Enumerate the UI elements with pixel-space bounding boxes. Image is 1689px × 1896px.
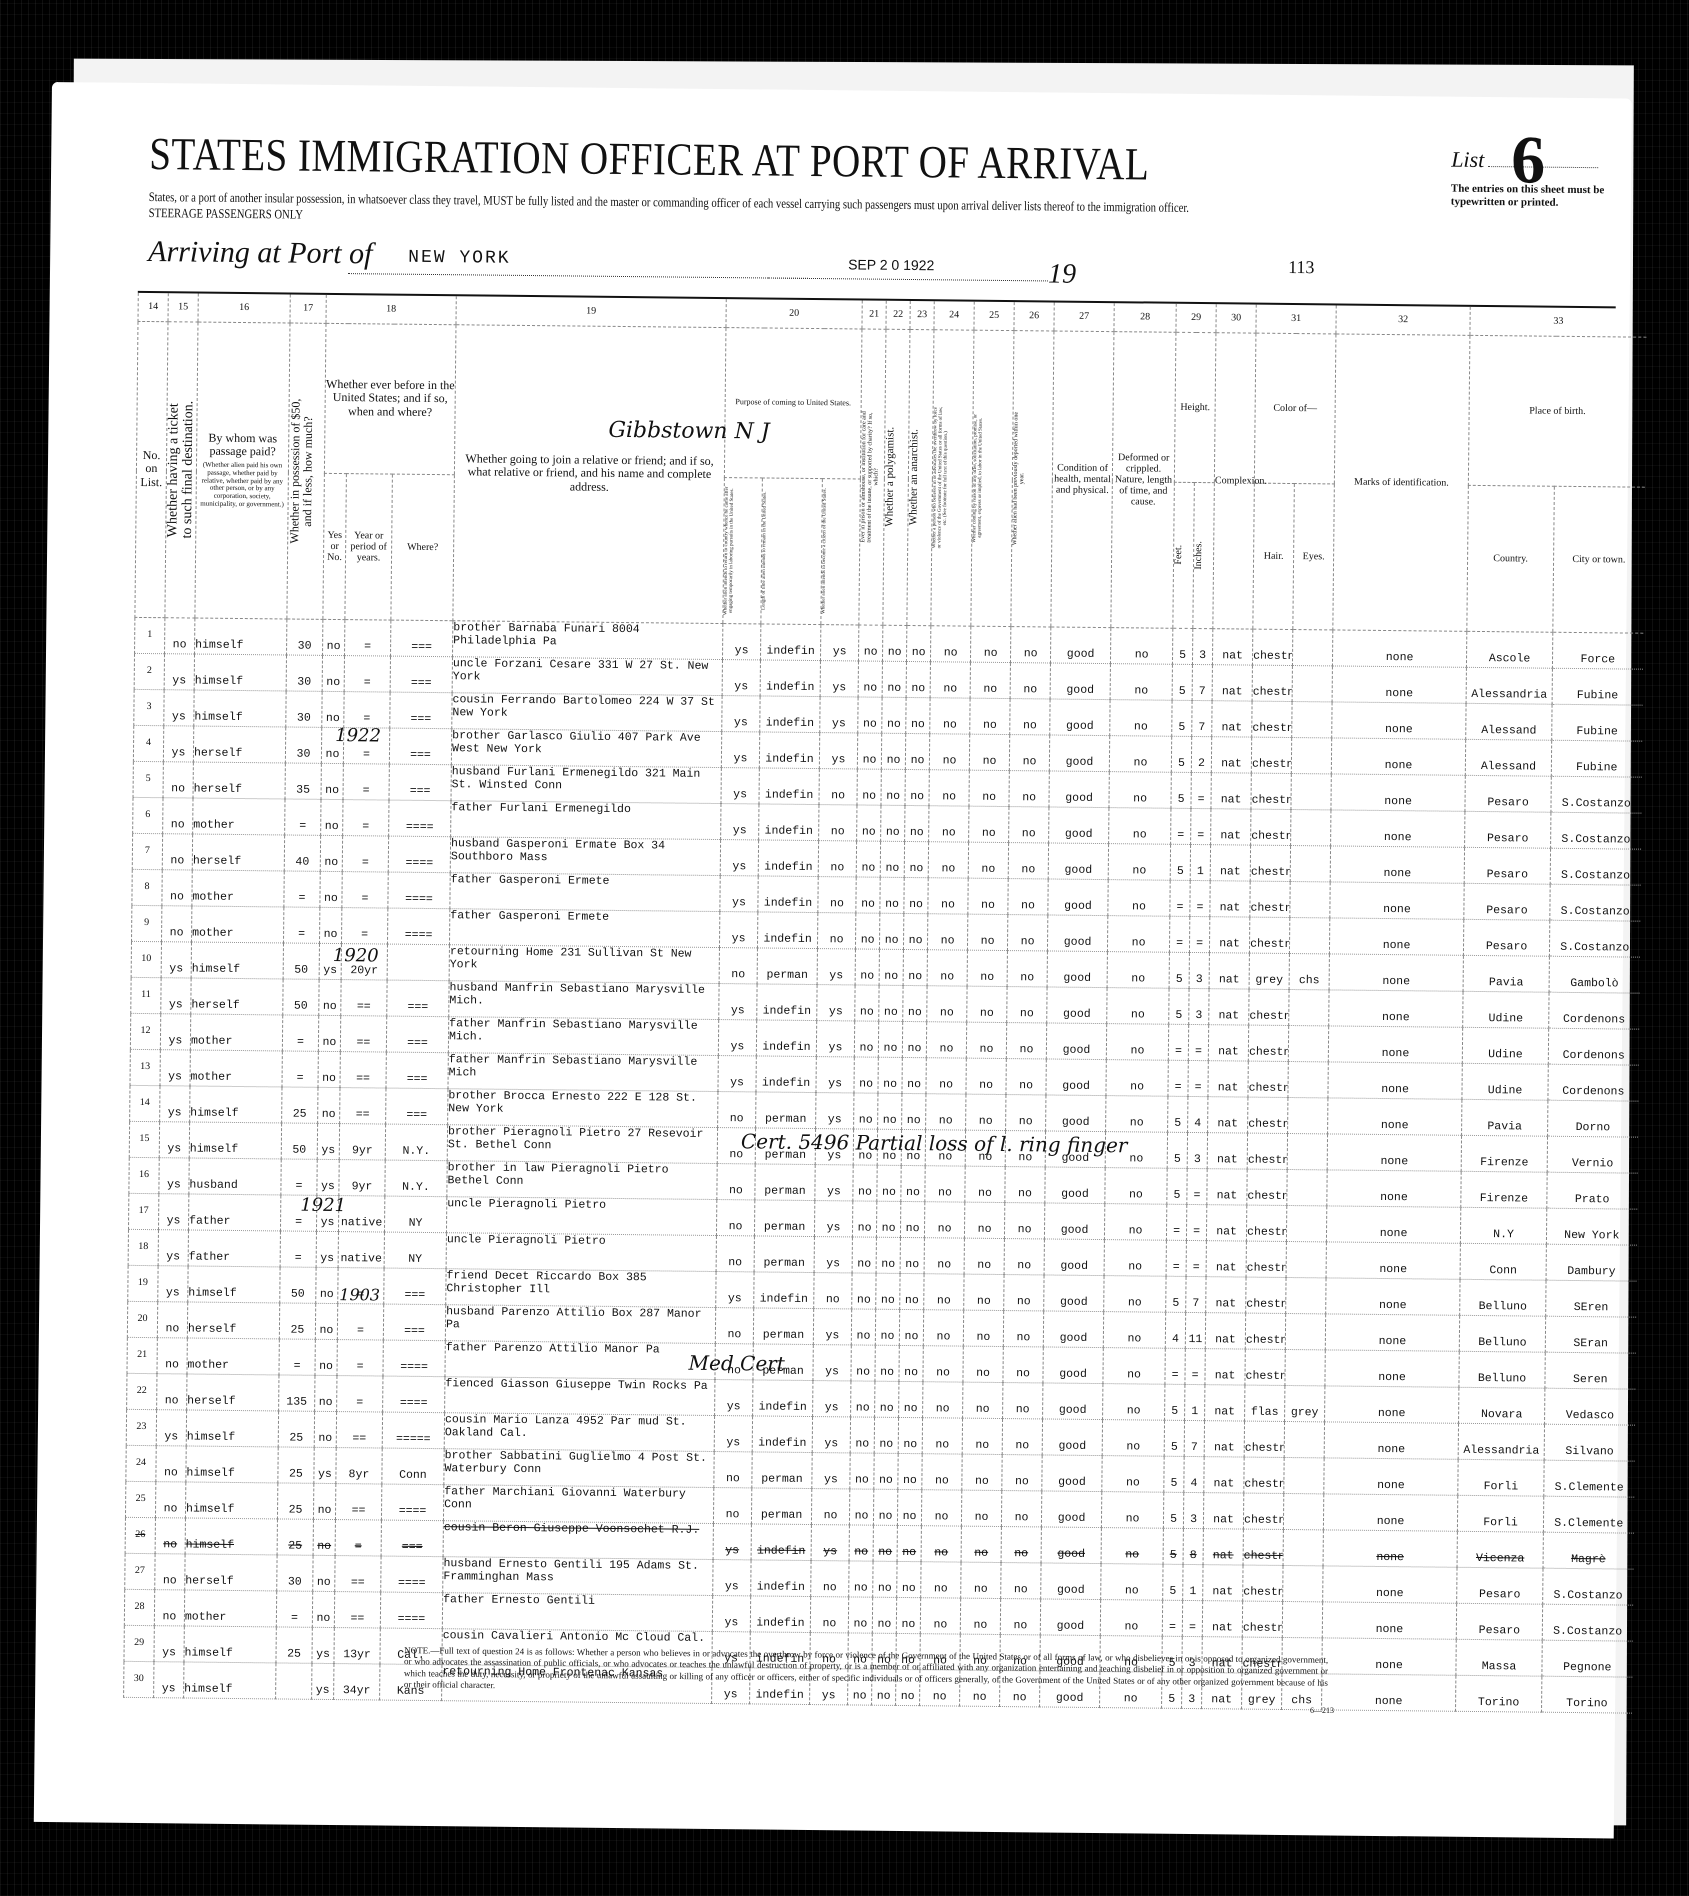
cell-money: 50 (281, 1122, 317, 1158)
cell-health: good (1043, 1310, 1103, 1347)
cell-prison: no (852, 1236, 876, 1272)
cell-marks: none (1328, 1097, 1462, 1134)
col-number: 22 (886, 301, 910, 329)
header-length-stay: Length of time alien intends to remain i… (761, 477, 823, 624)
cell-citizen: no (819, 768, 857, 804)
cell-return: ys (721, 767, 759, 803)
cell-city: S.Costanzo (1549, 920, 1639, 957)
cell-c25: no (968, 878, 1008, 914)
cell-before: ys (316, 1231, 338, 1267)
cell-health: good (1048, 878, 1108, 915)
cell-citizen: ys (815, 1164, 853, 1200)
cell-inches: 2 (1191, 736, 1211, 772)
cell-eyes (1285, 1349, 1325, 1385)
cell-feet: = (1165, 1348, 1185, 1384)
cell-citizen: ys (821, 624, 859, 660)
cell-paid: himself (185, 1517, 277, 1554)
cell-health: good (1050, 698, 1110, 735)
cell-before: no (321, 727, 343, 763)
cell-country: Pesaro (1463, 919, 1549, 956)
cell-inches: 1 (1183, 1564, 1203, 1600)
cell-paid: himself (185, 1481, 277, 1518)
cell-prison: no (851, 1308, 875, 1344)
cell-length: indefin (758, 911, 818, 948)
cell-eyes (1289, 989, 1329, 1025)
cell-prison: no (849, 1560, 873, 1596)
cell-c26: no (1005, 1166, 1045, 1202)
cell-paid: himself (184, 1661, 276, 1698)
cell-deformed: no (1101, 1563, 1163, 1600)
cell-poly: no (878, 1057, 902, 1093)
col-number: 20 (726, 299, 862, 328)
cell-c24: no (924, 1273, 964, 1309)
cell-inches: = (1190, 916, 1210, 952)
cell-health: good (1049, 770, 1109, 807)
cell-deformed: no (1109, 735, 1171, 772)
col-number: 17 (290, 295, 326, 323)
cell-return: no (715, 1343, 753, 1379)
cell-paid: mother (190, 1014, 282, 1051)
cell-feet: 5 (1171, 772, 1191, 808)
form-code: 6—213 (1310, 1706, 1334, 1715)
cell-c25: no (966, 1022, 1006, 1058)
cell-no: 28 (124, 1589, 154, 1625)
cell-paid: himself (191, 942, 283, 979)
cell-paid: himself (194, 654, 286, 691)
cell-c26: no (1008, 914, 1048, 950)
cell-c26: no (1001, 1562, 1041, 1598)
cell-city: S.Costanzo (1543, 1568, 1633, 1605)
cell-before: no (321, 763, 343, 799)
cell-join: father Manfrin Sebastiano Marysville Mic… (448, 1016, 718, 1055)
cell-ticket: ys (156, 1409, 186, 1445)
cell-join: fienced Giasson Giuseppe Twin Rocks Pa (445, 1376, 715, 1415)
cell-ticket: no (165, 617, 195, 653)
cell-poly: no (881, 769, 905, 805)
cell-poly: no (877, 1129, 901, 1165)
cell-no: 21 (127, 1337, 157, 1373)
cell-anarch: no (902, 1021, 926, 1057)
col-number: 23 (910, 301, 934, 329)
cell-hair: chestn (1243, 1565, 1283, 1601)
cell-no: 18 (128, 1229, 158, 1265)
cell-eyes (1290, 917, 1330, 953)
cell-complexion: nat (1206, 1276, 1246, 1312)
cell-c25: no (967, 950, 1007, 986)
cell-city: Dorno (1548, 1100, 1638, 1137)
cell-return: ys (720, 839, 758, 875)
cell-anarch: no (906, 697, 930, 733)
cell-ticket: ys (158, 1229, 188, 1265)
cell-paid: himself (188, 1265, 280, 1302)
cell-ticket: ys (160, 1049, 190, 1085)
cell-feet: 5 (1169, 988, 1189, 1024)
cell-ticket: ys (163, 725, 193, 761)
cell-complexion: nat (1203, 1528, 1243, 1564)
cell-city: S.Costanzo (1551, 812, 1641, 849)
cell-length: indefin (750, 1595, 810, 1632)
cell-citizen: ys (819, 732, 857, 768)
cell-inches: = (1187, 1168, 1207, 1204)
cell-hair: chestn (1248, 1061, 1288, 1097)
cell-return: ys (718, 1055, 756, 1091)
header-prison: Ever in prison or almshouse, or institut… (859, 328, 886, 624)
cell-prison: no (854, 1020, 878, 1056)
cell-marks: none (1326, 1241, 1460, 1278)
cell-city: Cordenons (1548, 1028, 1638, 1065)
cell-prison: no (854, 1092, 878, 1128)
cell-eyes (1288, 1025, 1328, 1061)
cell-c25: no (970, 662, 1010, 698)
cell-money: = (282, 1050, 318, 1086)
cell-period: = (344, 655, 390, 691)
cell-hair: chestn (1252, 665, 1292, 701)
cell-poly: no (876, 1273, 900, 1309)
cell-marks: none (1330, 917, 1464, 954)
cell-city: S.Costanzo (1550, 884, 1640, 921)
header-polygamist: Whether a polygamist. (883, 329, 910, 625)
cell-deformed: no (1111, 627, 1173, 664)
cell-c25: no (966, 1058, 1006, 1094)
header-q25: Whether coming by reason of any offer, s… (971, 330, 1014, 626)
cell-anarch: no (899, 1345, 923, 1381)
cell-country: Udine (1463, 991, 1549, 1028)
cell-before: ys (312, 1663, 334, 1699)
cell-no: 4 (133, 725, 163, 761)
cell-length: indefin (761, 623, 821, 660)
cell-no: 3 (134, 689, 164, 725)
cell-return: ys (723, 623, 761, 659)
cell-period: native (338, 1231, 384, 1267)
cell-period: = (338, 1267, 384, 1303)
cell-marks: none (1331, 809, 1465, 846)
cell-country: Ascole (1467, 631, 1553, 668)
cell-where: === (389, 764, 451, 801)
cell-length: indefin (760, 695, 820, 732)
cell-health: good (1047, 986, 1107, 1023)
cell-hair: chestn (1250, 845, 1290, 881)
cell-city: Dambury (1546, 1244, 1636, 1281)
header-before-in-us: Whether ever before in the United States… (324, 323, 456, 474)
cell-deformed: no (1106, 1059, 1168, 1096)
cell-prison: no (855, 948, 879, 984)
header-health: Condition of health, mental and physical… (1051, 331, 1114, 628)
cell-before: no (315, 1339, 337, 1375)
cell-country: Vicenza (1457, 1531, 1543, 1568)
cell-anarch: no (906, 661, 930, 697)
cell-prison: no (850, 1488, 874, 1524)
cell-feet: = (1168, 1024, 1188, 1060)
cell-c24: no (925, 1201, 965, 1237)
cell-money: 25 (278, 1410, 314, 1446)
cell-ticket: ys (159, 1121, 189, 1157)
cell-before: no (320, 871, 342, 907)
cell-marks: none (1328, 1061, 1462, 1098)
cell-city: Vedasco (1545, 1388, 1635, 1425)
cell-ticket: ys (161, 977, 191, 1013)
cell-city: SEren (1546, 1280, 1636, 1317)
cell-eyes (1286, 1205, 1326, 1241)
cell-money: = (281, 1158, 317, 1194)
cell-citizen: no (811, 1560, 849, 1596)
cell-city: New York (1546, 1208, 1636, 1245)
cell-before: ys (317, 1159, 339, 1195)
cell-eyes (1291, 737, 1331, 773)
cell-citizen: ys (816, 1092, 854, 1128)
cell-paid: himself (195, 618, 287, 655)
cell-anarch: no (907, 625, 931, 661)
cell-paid: himself (190, 1086, 282, 1123)
cell-country: Pesaro (1464, 847, 1550, 884)
cell-no: 1 (135, 617, 165, 653)
cell-poly: no (874, 1417, 898, 1453)
cell-where: === (390, 692, 452, 729)
cell-return: ys (714, 1415, 752, 1451)
cell-complexion: nat (1209, 988, 1249, 1024)
cell-poly: no (882, 661, 906, 697)
cell-country: Belluno (1460, 1279, 1546, 1316)
cell-health: good (1041, 1562, 1101, 1599)
cell-hair: chestn (1248, 1025, 1288, 1061)
cell-join: cousin Mario Lanza 4952 Par mud St. Oakl… (444, 1412, 714, 1451)
cell-inches: = (1191, 808, 1211, 844)
cell-paid: herself (185, 1553, 277, 1590)
cell-money: 30 (277, 1554, 313, 1590)
cell-period: == (336, 1411, 382, 1447)
cell-anarch: no (899, 1309, 923, 1345)
cell-no: 10 (131, 941, 161, 977)
cell-prison: no (856, 876, 880, 912)
header-yes-no: Yes or No. (323, 473, 347, 619)
cell-prison: no (853, 1200, 877, 1236)
cell-no: 17 (128, 1193, 158, 1229)
cell-c25: no (970, 698, 1010, 734)
cell-prison: no (851, 1344, 875, 1380)
header-city: City or town. (1553, 486, 1645, 633)
cell-where: === (381, 1520, 443, 1557)
cell-city: Cordenons (1548, 1064, 1638, 1101)
cell-return: no (718, 1091, 756, 1127)
cell-inches: = (1188, 1060, 1208, 1096)
cell-country: Pesaro (1465, 811, 1551, 848)
cell-feet: = (1170, 880, 1190, 916)
cell-deformed: no (1107, 987, 1169, 1024)
cell-join: father Ernesto Gentili (442, 1592, 712, 1631)
cell-marks: none (1333, 629, 1467, 666)
cell-city: S.Clemente (1544, 1460, 1634, 1497)
cell-ticket: ys (164, 653, 194, 689)
cell-return: no (716, 1199, 754, 1235)
cell-ticket: no (156, 1445, 186, 1481)
cell-ticket: ys (160, 1013, 190, 1049)
cell-join: uncle Pieragnoli Pietro (446, 1232, 716, 1271)
cell-join: father Marchiani Giovanni Waterbury Conn (443, 1484, 713, 1523)
cell-deformed: no (1105, 1131, 1167, 1168)
cell-country: Conn (1460, 1243, 1546, 1280)
cell-period: == (335, 1483, 381, 1519)
cell-deformed: no (1107, 951, 1169, 988)
cell-c24: no (923, 1345, 963, 1381)
cell-feet: 5 (1166, 1276, 1186, 1312)
cell-poly: no (881, 733, 905, 769)
cell-feet: 5 (1164, 1456, 1184, 1492)
cell-prison: no (855, 984, 879, 1020)
cell-poly: no (878, 1021, 902, 1057)
cell-return: no (717, 1163, 755, 1199)
cell-anarch: no (905, 769, 929, 805)
cell-prison: no (849, 1524, 873, 1560)
cell-c24: no (929, 805, 969, 841)
cell-c24: no (929, 769, 969, 805)
cell-money: = (279, 1338, 315, 1374)
cell-c25: no (962, 1454, 1002, 1490)
cell-c24: no (923, 1381, 963, 1417)
cell-c25: no (965, 1130, 1005, 1166)
cell-c26: no (1003, 1382, 1043, 1418)
cell-paid: himself (194, 690, 286, 727)
cell-money: = (284, 870, 320, 906)
cell-paid: mother (184, 1589, 276, 1626)
cell-return: ys (716, 1271, 754, 1307)
header-citizen: Whether alien intends to become a citize… (821, 478, 861, 624)
cell-period: = (337, 1375, 383, 1411)
header-passage-paid: By whom was passage paid?(Whether alien … (195, 322, 290, 619)
cell-marks: none (1325, 1313, 1459, 1350)
cell-city: Prato (1547, 1172, 1637, 1209)
cell-inches: 7 (1184, 1420, 1204, 1456)
cell-health: good (1049, 734, 1109, 771)
cell-return: ys (715, 1379, 753, 1415)
col-number: 19 (456, 296, 726, 327)
cell-citizen: no (818, 840, 856, 876)
cell-join: father Gasperoni Ermete (450, 872, 720, 911)
manifest-table: 14 15 16 17 18 19 20 21 22 23 24 25 26 2… (123, 291, 1616, 1713)
cell-c24: no (921, 1561, 961, 1597)
header-feet: Feet. (1173, 482, 1195, 628)
cell-eyes (1284, 1421, 1324, 1457)
cell-complexion: nat (1212, 664, 1252, 700)
cell-poly: no (880, 841, 904, 877)
cell-hair: chestn (1247, 1169, 1287, 1205)
cell-length: indefin (759, 767, 819, 804)
cell-anarch: no (900, 1237, 924, 1273)
cell-poly: no (875, 1345, 899, 1381)
cell-c25: no (964, 1238, 1004, 1274)
cell-citizen: ys (814, 1200, 852, 1236)
cell-join: husband Ernesto Gentili 195 Adams St. Fr… (443, 1556, 713, 1595)
cell-complexion: nat (1209, 952, 1249, 988)
cell-c25: no (966, 1094, 1006, 1130)
cell-no: 25 (125, 1481, 155, 1517)
cell-health: good (1046, 1058, 1106, 1095)
cell-c24: no (928, 841, 968, 877)
cell-country: Pavia (1463, 955, 1549, 992)
cell-hair: chestn (1244, 1457, 1284, 1493)
cell-return: ys (722, 695, 760, 731)
cell-anarch: no (899, 1381, 923, 1417)
cell-citizen: ys (817, 984, 855, 1020)
cell-before: no (315, 1303, 337, 1339)
col-number: 31 (1256, 305, 1336, 334)
cell-return: ys (712, 1595, 750, 1631)
cell-where: N.Y. (385, 1160, 447, 1197)
cell-complexion: nat (1203, 1492, 1243, 1528)
cell-marks: none (1331, 773, 1465, 810)
cell-c26: no (1011, 626, 1051, 662)
cell-money: 25 (277, 1482, 313, 1518)
cell-citizen: ys (814, 1236, 852, 1272)
cell-city: S.Costanzo (1551, 776, 1641, 813)
cell-deformed: no (1109, 807, 1171, 844)
cell-before: ys (314, 1447, 336, 1483)
cell-no: 13 (130, 1049, 160, 1085)
cell-hair: chestn (1251, 773, 1291, 809)
cell-c26: no (1010, 662, 1050, 698)
cell-length: perman (756, 1091, 816, 1128)
cell-no: 20 (127, 1301, 157, 1337)
cell-c25: no (969, 770, 1009, 806)
cell-complexion: nat (1205, 1312, 1245, 1348)
cell-anarch: no (901, 1165, 925, 1201)
cell-money: = (276, 1590, 312, 1626)
cell-paid: mother (190, 1050, 282, 1087)
col-number: 18 (326, 295, 456, 324)
cell-citizen: ys (817, 948, 855, 984)
cell-c24: no (921, 1489, 961, 1525)
cell-poly: no (880, 877, 904, 913)
manifest-sheet: STATES IMMIGRATION OFFICER AT PORT OF AR… (34, 82, 1632, 1838)
cell-no: 5 (133, 761, 163, 797)
cell-health: good (1042, 1454, 1102, 1491)
cell-eyes (1293, 629, 1333, 665)
cell-money: = (280, 1230, 316, 1266)
cell-poly: no (882, 697, 906, 733)
cell-before: no (313, 1555, 335, 1591)
header-purpose: Purpose of coming to United States. (724, 327, 862, 478)
cell-complexion: nat (1207, 1168, 1247, 1204)
cell-before: ys (316, 1195, 338, 1231)
cell-inches: = (1182, 1600, 1202, 1636)
cell-hair: chestn (1244, 1421, 1284, 1457)
cell-feet: 5 (1163, 1528, 1183, 1564)
cell-complexion: nat (1204, 1420, 1244, 1456)
cell-hair: flas (1245, 1385, 1285, 1421)
cell-c26: no (1008, 878, 1048, 914)
cell-before: ys (317, 1123, 339, 1159)
cell-marks: none (1326, 1205, 1460, 1242)
cell-feet: 5 (1168, 1096, 1188, 1132)
cell-length: perman (754, 1199, 814, 1236)
cell-join: retourning Home 231 Sullivan St New York (449, 944, 719, 983)
cell-no: 12 (130, 1013, 160, 1049)
cell-c25: no (963, 1310, 1003, 1346)
cell-complexion: nat (1210, 844, 1250, 880)
cell-where: === (390, 656, 452, 693)
cell-citizen: ys (812, 1452, 850, 1488)
cell-where: === (384, 1268, 446, 1305)
cell-before: no (321, 799, 343, 835)
cell-marks: none (1323, 1565, 1457, 1602)
cell-paid: mother (192, 906, 284, 943)
cell-citizen: no (811, 1488, 849, 1524)
list-number: 6 (1511, 125, 1546, 193)
cell-where: === (386, 1088, 448, 1125)
cell-health: good (1045, 1130, 1105, 1167)
cell-deformed: no (1108, 915, 1170, 952)
cell-where: ==== (388, 872, 450, 909)
cell-where: ==== (383, 1376, 445, 1413)
cell-prison: no (857, 804, 881, 840)
